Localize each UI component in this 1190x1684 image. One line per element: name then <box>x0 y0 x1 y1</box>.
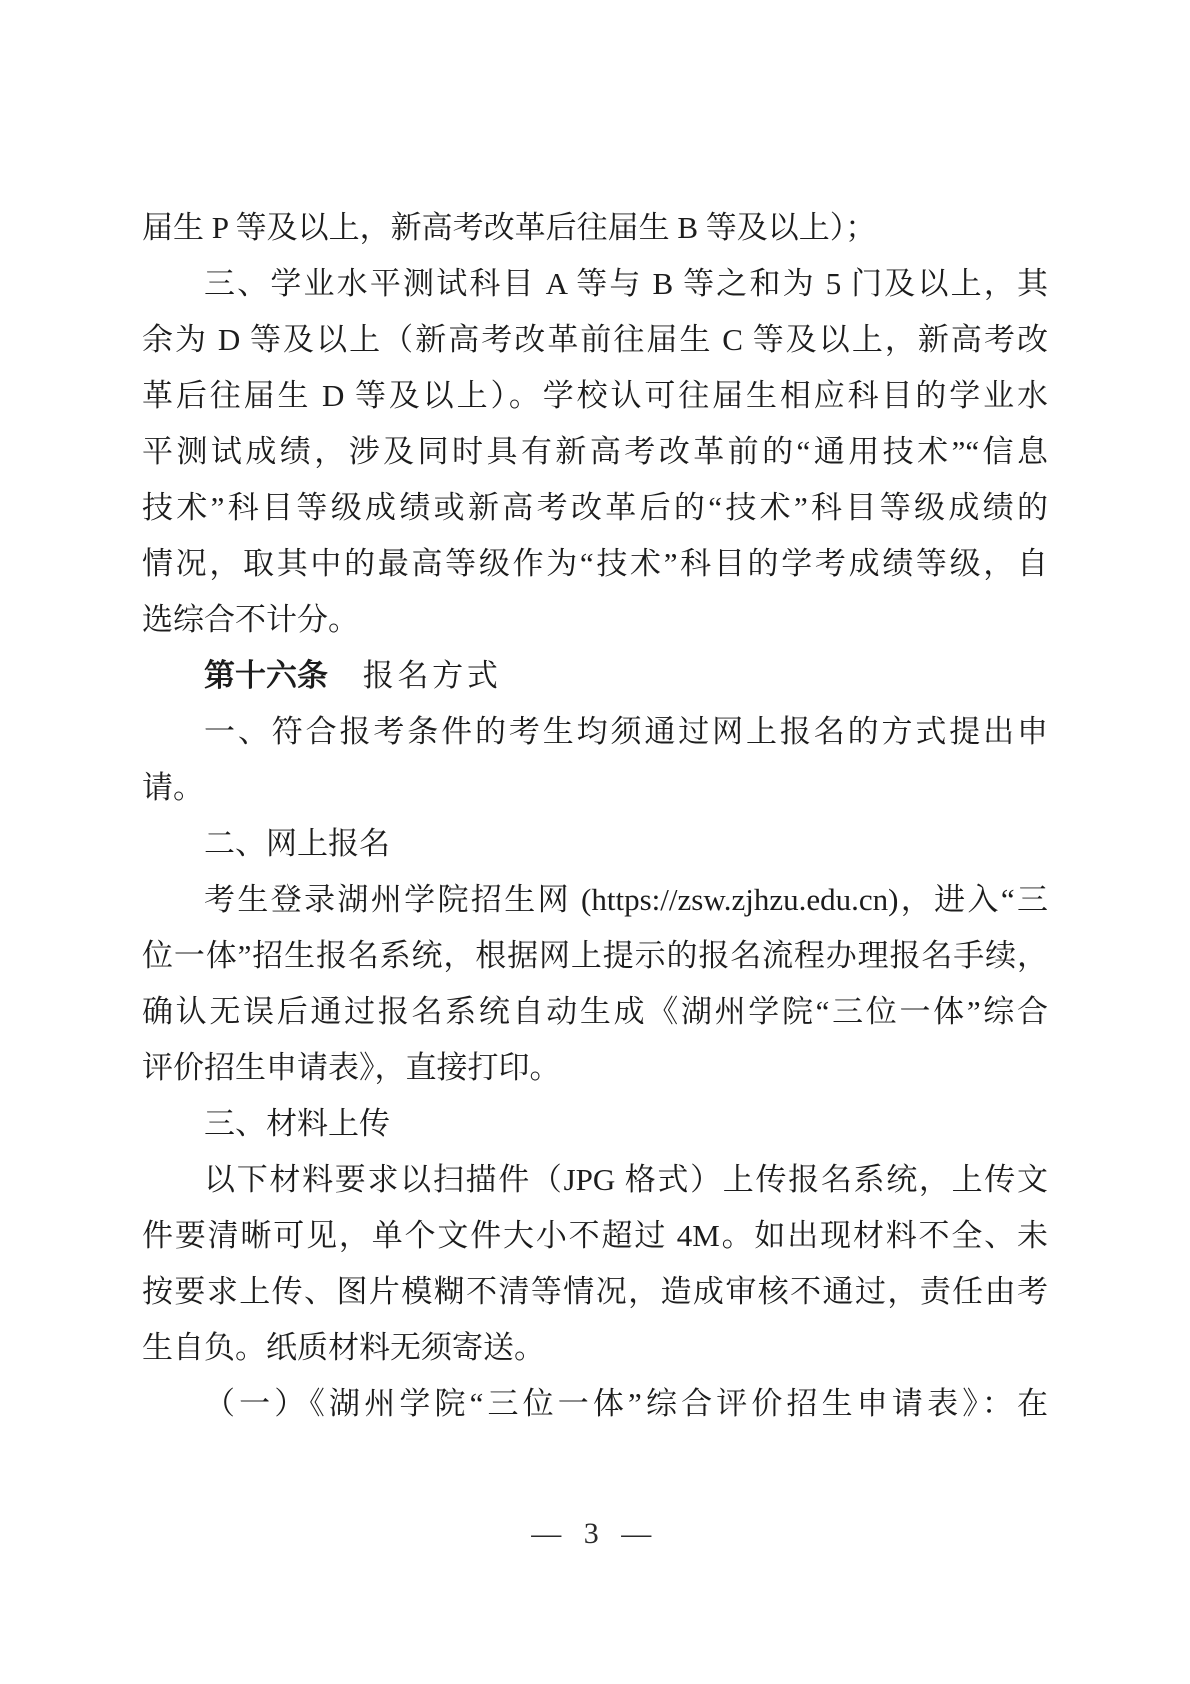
text-line: 二、网上报名 <box>142 816 1048 872</box>
document-lines: 届生 P 等及以上，新高考改革后往届生 B 等及以上）；三、学业水平测试科目 A… <box>142 200 1048 1432</box>
text-line: 位一体”招生报名系统，根据网上提示的报名流程办理报名手续， <box>142 928 1048 984</box>
text-line: 届生 P 等及以上，新高考改革后往届生 B 等及以上）； <box>142 200 1048 256</box>
text-line: 选综合不计分。 <box>142 592 1048 648</box>
text-line: 请。 <box>142 760 1048 816</box>
text-line: （一）《湖州学院“三位一体”综合评价招生申请表》：在 <box>142 1376 1048 1432</box>
text-line: 生自负。纸质材料无须寄送。 <box>142 1320 1048 1376</box>
text-line: 确认无误后通过报名系统自动生成《湖州学院“三位一体”综合 <box>142 984 1048 1040</box>
text-line: 三、材料上传 <box>142 1096 1048 1152</box>
text-line: 考生登录湖州学院招生网 (https://zsw.zjhzu.edu.cn)，进… <box>142 872 1048 928</box>
text-line: 件要清晰可见，单个文件大小不超过 4M。如出现材料不全、未 <box>142 1208 1048 1264</box>
document-page: 届生 P 等及以上，新高考改革后往届生 B 等及以上）；三、学业水平测试科目 A… <box>0 0 1190 1684</box>
text-line: 余为 D 等及以上（新高考改革前往届生 C 等及以上，新高考改 <box>142 312 1048 368</box>
page-number: — 3 — <box>0 1516 1190 1552</box>
text-line: 三、学业水平测试科目 A 等与 B 等之和为 5 门及以上，其 <box>142 256 1048 312</box>
article-number-bold: 第十六条 <box>204 658 328 693</box>
text-line: 情况，取其中的最高等级作为“技术”科目的学考成绩等级，自 <box>142 536 1048 592</box>
article-heading-text: 报名方式 <box>328 658 502 693</box>
text-line: 技术”科目等级成绩或新高考改革后的“技术”科目等级成绩的 <box>142 480 1048 536</box>
text-line: 革后往届生 D 等及以上）。学校认可往届生相应科目的学业水 <box>142 368 1048 424</box>
text-line: 第十六条 报名方式 <box>142 648 1048 704</box>
text-line: 按要求上传、图片模糊不清等情况，造成审核不通过，责任由考 <box>142 1264 1048 1320</box>
text-line: 以下材料要求以扫描件（JPG 格式）上传报名系统，上传文 <box>142 1152 1048 1208</box>
text-line: 一、符合报考条件的考生均须通过网上报名的方式提出申 <box>142 704 1048 760</box>
text-line: 评价招生申请表》，直接打印。 <box>142 1040 1048 1096</box>
text-line: 平测试成绩，涉及同时具有新高考改革前的“通用技术”“信息 <box>142 424 1048 480</box>
